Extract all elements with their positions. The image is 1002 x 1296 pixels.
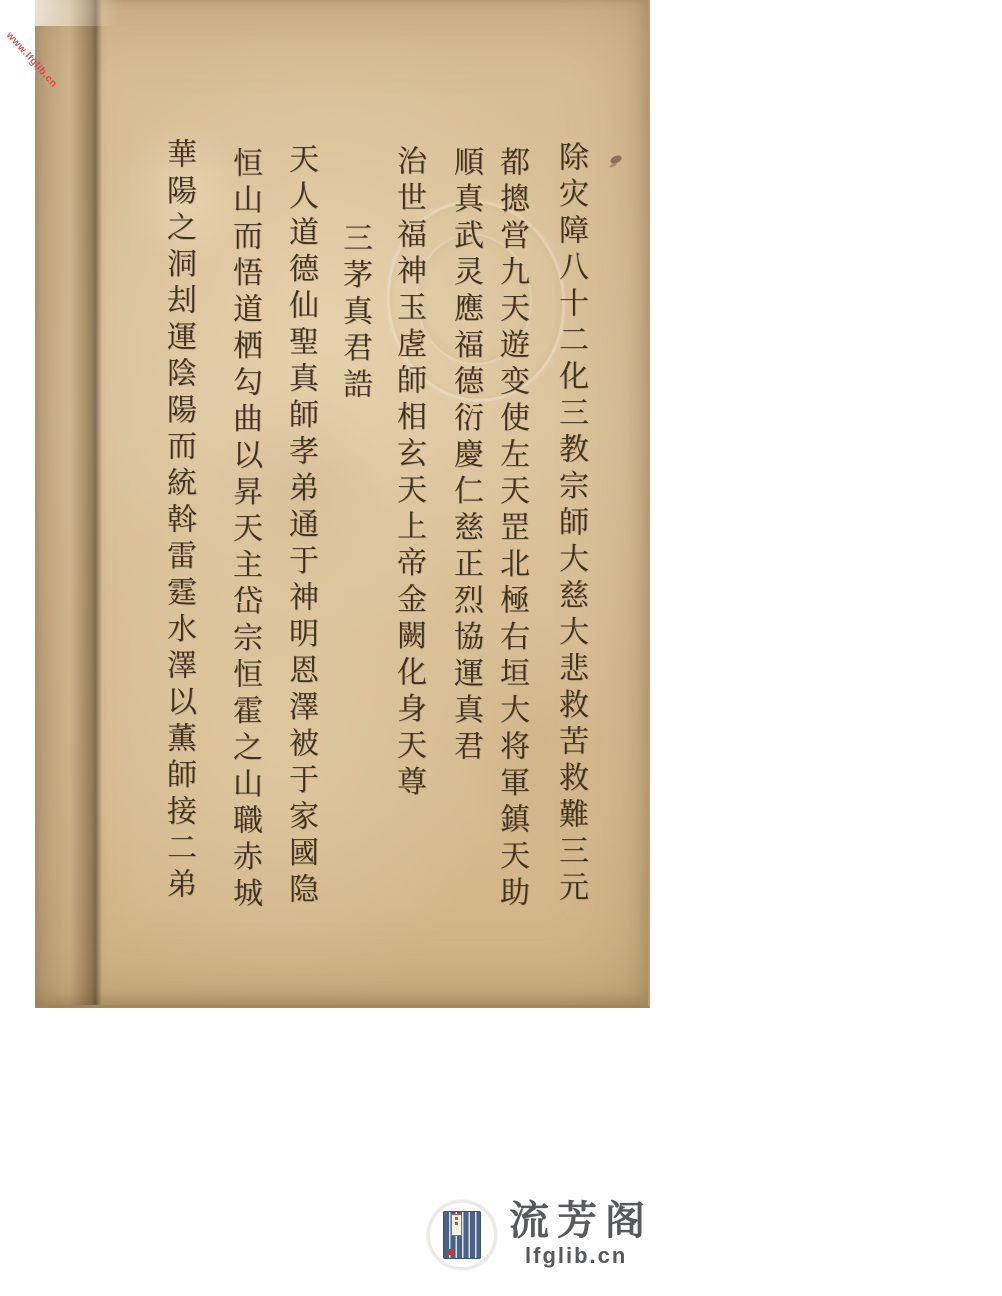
site-name-chinese: 流芳阁 — [509, 1201, 653, 1241]
text-column-6: 天人道德仙聖真師孝弟通于神明恩澤被于家國隐 — [276, 143, 324, 910]
text-column-7: 恒山而悟道栖勾曲以昇天主岱宗恒霍之山職赤城 — [220, 147, 268, 914]
site-domain-text: lfglib.cn — [525, 1243, 627, 1269]
text-column-3: 順真武灵應福德衍慶仁慈正烈協運真君 — [441, 146, 489, 767]
stitched-book-icon — [443, 1211, 481, 1259]
text-column-5-heading: 三茅真君誥 — [330, 222, 378, 405]
manuscript-page: 除灾障八十二化三教宗師大慈大悲救苦救難三元 都摠営九天遊变使左天罡北極右垣大将軍… — [35, 0, 650, 1008]
text-column-4: 治世福神玉虗師相玄天上帝金闕化身天尊 — [384, 145, 432, 802]
scanned-manuscript-view: 除灾障八十二化三教宗師大慈大悲救苦救難三元 都摠営九天遊变使左天罡北極右垣大将軍… — [0, 0, 1002, 1296]
text-column-8: 華陽之洞刦運陰陽而統斡雷霆水澤以薫師接二弟 — [154, 138, 202, 905]
site-logo: 流芳阁 lfglib.cn — [427, 1200, 653, 1270]
ink-speck — [609, 154, 623, 165]
text-column-2: 都摠営九天遊变使左天罡北極右垣大将軍鎮天助 — [487, 146, 535, 913]
book-title-label — [451, 1214, 462, 1236]
logo-text-group: 流芳阁 lfglib.cn — [509, 1201, 653, 1269]
logo-circle — [427, 1200, 497, 1270]
book-red-seal — [447, 1249, 453, 1255]
text-column-1: 除灾障八十二化三教宗師大慈大悲救苦救難三元 — [546, 141, 594, 908]
page-corner-highlight — [35, 0, 155, 26]
binding-edge-shadow — [35, 0, 107, 1005]
